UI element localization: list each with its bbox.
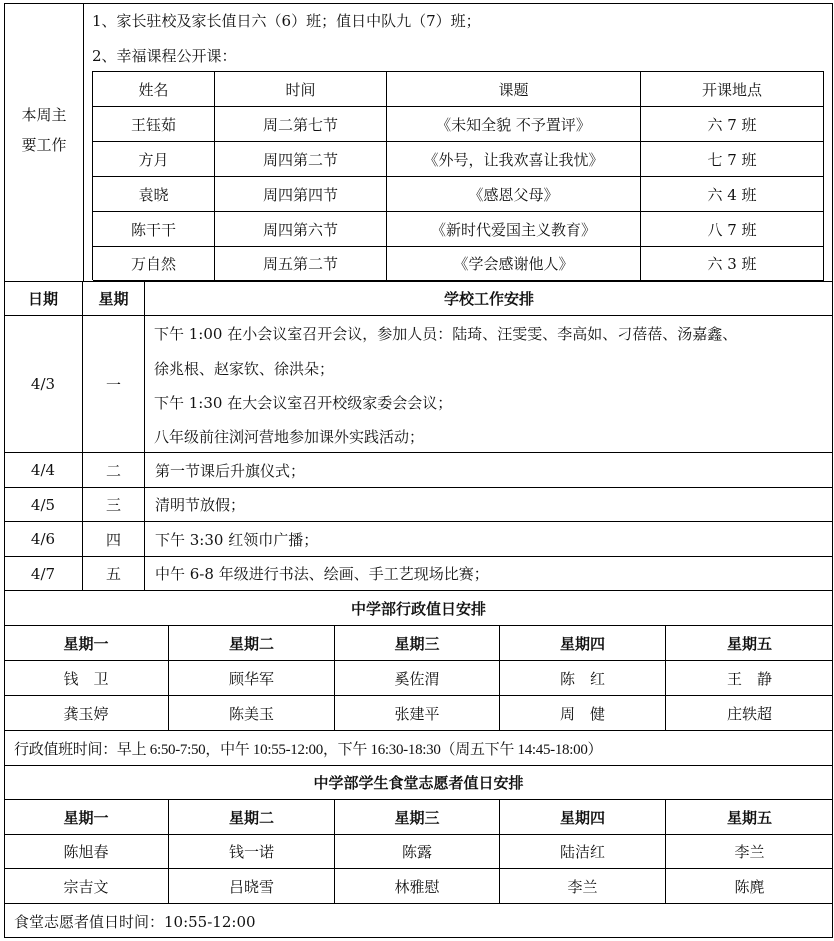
schedule-content: 下午 3:30 红领巾广播； [145,522,833,557]
admin-header: 星期一 [4,626,169,661]
admin-header: 星期五 [666,626,833,661]
canteen-header: 星期三 [335,800,500,835]
schedule-date: 4/6 [4,522,83,557]
oc-cell: 《新时代爱国主义教育》 [387,212,641,247]
schedule-line: 八年级前往浏河营地参加课外实践活动； [154,426,424,447]
admin-header: 星期四 [500,626,666,661]
oc-cell: 六 3 班 [641,247,824,281]
schedule-date: 4/3 [4,316,83,453]
admin-cell: 奚佐渭 [335,661,500,696]
canteen-cell: 宗吉文 [4,869,169,904]
oc-header-location: 开课地点 [641,72,824,107]
schedule-date: 4/4 [4,453,83,488]
oc-cell: 周四第四节 [215,177,387,212]
oc-cell: 六 4 班 [641,177,824,212]
admin-cell: 王 静 [666,661,833,696]
label-line: 本周主 [5,100,83,130]
canteen-duty-table: 中学部学生食堂志愿者值日安排 星期一 星期二 星期三 星期四 星期五 陈旭春 钱… [4,766,833,938]
schedule-line: 下午 1:00 在小会议室召开会议，参加人员：陆琦、汪雯雯、李高如、刁蓓蓓、汤嘉… [154,323,737,344]
admin-cell: 钱 卫 [4,661,169,696]
canteen-cell: 陈麂 [666,869,833,904]
schedule-content: 清明节放假； [145,488,833,522]
admin-cell: 陈美玉 [169,696,335,731]
oc-cell: 周四第六节 [215,212,387,247]
schedule-weekday: 五 [83,557,145,591]
header-date: 日期 [4,281,83,316]
oc-cell: 《感恩父母》 [387,177,641,212]
schedule-date: 4/5 [4,488,83,522]
oc-cell: 《学会感谢他人》 [387,247,641,281]
canteen-header: 星期四 [500,800,666,835]
oc-cell: 六 7 班 [641,107,824,142]
canteen-cell: 钱一诺 [169,835,335,869]
weekly-item-1: 1、家长驻校及家长值日六（6）班；值日中队九（7）班； [92,10,481,31]
schedule-line: 下午 1:30 在大会议室召开校级家委会会议； [154,392,452,413]
canteen-cell: 林雅慰 [335,869,500,904]
schedule-weekday: 三 [83,488,145,522]
admin-cell: 顾华军 [169,661,335,696]
weekly-work-label: 本周主 要工作 [5,100,83,160]
oc-cell: 《外号，让我欢喜让我忧》 [387,142,641,177]
label-line: 要工作 [5,130,83,160]
oc-cell: 袁晓 [93,177,215,212]
canteen-duty-note: 食堂志愿者值日时间：10:55-12:00 [4,904,833,938]
canteen-cell: 陈露 [335,835,500,869]
oc-cell: 周五第二节 [215,247,387,281]
oc-header-time: 时间 [215,72,387,107]
admin-duty-note: 行政值班时间：早上 6:50-7:50，中午 10:55-12:00，下午 16… [4,731,833,766]
canteen-cell: 李兰 [500,869,666,904]
canteen-cell: 吕晓雪 [169,869,335,904]
schedule-weekday: 二 [83,453,145,488]
canteen-header: 星期五 [666,800,833,835]
canteen-header: 星期二 [169,800,335,835]
oc-header-topic: 课题 [387,72,641,107]
admin-cell: 张建平 [335,696,500,731]
oc-cell: 方月 [93,142,215,177]
admin-duty-table: 中学部行政值日安排 星期一 星期二 星期三 星期四 星期五 钱 卫 顾华军 奚佐… [4,591,833,766]
admin-duty-title: 中学部行政值日安排 [4,591,833,626]
schedule-content: 第一节课后升旗仪式； [145,453,833,488]
oc-cell: 周二第七节 [215,107,387,142]
oc-cell: 王钰茹 [93,107,215,142]
admin-header: 星期二 [169,626,335,661]
schedule-line: 徐兆根、赵家钦、徐洪朵； [154,358,334,379]
schedule-weekday: 一 [83,316,145,453]
schedule-content: 中午 6-8 年级进行书法、绘画、手工艺现场比赛； [145,557,833,591]
open-class-table: 姓名 时间 课题 开课地点 王钰茹 周二第七节 《未知全貌 不予置评》 六 7 … [92,71,824,280]
canteen-cell: 陈旭春 [4,835,169,869]
canteen-duty-title: 中学部学生食堂志愿者值日安排 [4,766,833,800]
oc-cell: 七 7 班 [641,142,824,177]
header-arrangement: 学校工作安排 [145,281,833,316]
oc-cell: 陈干干 [93,212,215,247]
admin-header: 星期三 [335,626,500,661]
admin-cell: 周 健 [500,696,666,731]
canteen-cell: 陆洁红 [500,835,666,869]
header-weekday: 星期 [83,281,145,316]
admin-cell: 陈 红 [500,661,666,696]
oc-cell: 周四第二节 [215,142,387,177]
schedule-content: 下午 1:00 在小会议室召开会议，参加人员：陆琦、汪雯雯、李高如、刁蓓蓓、汤嘉… [145,316,833,453]
admin-cell: 龚玉婷 [4,696,169,731]
admin-cell: 庄轶超 [666,696,833,731]
schedule-weekday: 四 [83,522,145,557]
school-schedule-table: 日期 星期 学校工作安排 4/3 一 下午 1:00 在小会议室召开会议，参加人… [4,281,833,591]
oc-cell: 八 7 班 [641,212,824,247]
weekly-item-2: 2、幸福课程公开课： [92,45,237,66]
oc-header-name: 姓名 [93,72,215,107]
canteen-cell: 李兰 [666,835,833,869]
oc-cell: 万自然 [93,247,215,281]
oc-cell: 《未知全貌 不予置评》 [387,107,641,142]
schedule-date: 4/7 [4,557,83,591]
canteen-header: 星期一 [4,800,169,835]
